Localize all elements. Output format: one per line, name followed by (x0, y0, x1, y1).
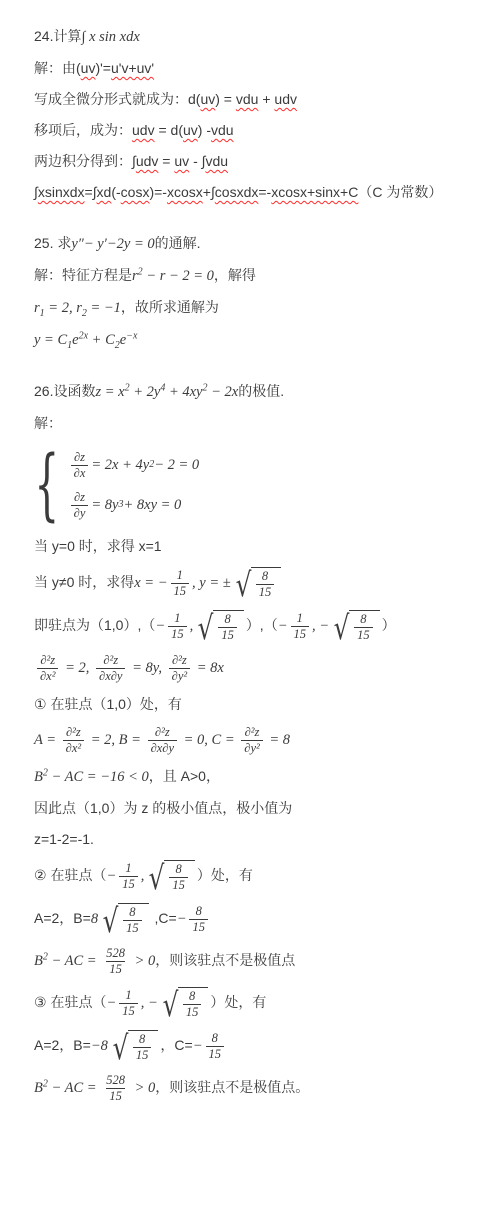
fraction-numerator: 8 (126, 905, 138, 920)
paragraph: 即驻点为（1,0）,（−115,√815）,（−115, −√815） (34, 610, 484, 643)
radicand: 815 (213, 610, 244, 643)
math-run: + 8xy = 0 (123, 495, 181, 516)
math-run: B (34, 769, 43, 785)
math-run: − AC = (48, 1080, 100, 1096)
math-superscript: 2x (79, 330, 88, 341)
radicand: 815 (118, 903, 149, 936)
math-run: B (34, 953, 43, 969)
text-run: A=2，B= (34, 1037, 91, 1053)
text-run: 的极值. (238, 383, 284, 399)
math-run: z = x (95, 384, 124, 400)
paragraph: 两边积分得到：∫udv = uv - ∫vdu (34, 151, 484, 172)
math-fraction: 52815 (103, 946, 128, 977)
misspelled-text-run: xsinxdx (38, 184, 85, 200)
text-run: + (258, 91, 274, 107)
math-run: > 0 (131, 953, 155, 969)
fraction-denominator: 15 (291, 626, 310, 642)
text-run: ，解得 (214, 267, 256, 283)
math-run: − 2x (207, 384, 238, 400)
math-run: y″− y′−2y = 0 (71, 236, 154, 252)
math-fraction: ∂²z∂x² (37, 653, 58, 684)
paragraph: B2 − AC = 52815 > 0，则该驻点不是极值点。 (34, 1073, 484, 1104)
text-run: 的通解. (155, 235, 201, 251)
math-run: + 2y (130, 384, 161, 400)
misspelled-text-run: xcosx+sinx+C (271, 184, 358, 200)
text-run: 移项后，成为： (34, 122, 132, 138)
section-problem-25: 25. 求y″− y′−2y = 0的通解.解：特征方程是r2 − r − 2 … (34, 233, 484, 351)
text-run: 当 y≠0 时，求得 (34, 574, 134, 590)
text-run: 当 y=0 时，求得 x=1 (34, 538, 162, 554)
math-radical: √815 (110, 1030, 159, 1063)
fraction-numerator: ∂z (71, 450, 88, 465)
fraction-numerator: ∂²z (100, 653, 121, 668)
math-run: A = (34, 732, 60, 748)
math-fraction: 815 (354, 612, 373, 643)
fraction-denominator: 15 (169, 877, 188, 893)
math-fraction: 815 (169, 862, 188, 893)
math-fraction: ∂²z∂y² (241, 725, 262, 756)
fraction-denominator: ∂y² (241, 740, 262, 756)
paragraph: A=2，B=8√815 ,C=−815 (34, 903, 484, 936)
fraction-denominator: 15 (171, 583, 190, 599)
radical-sign-icon: √ (113, 1031, 129, 1064)
paragraph: 因此点（1,0）为 z 的极小值点，极小值为 (34, 798, 484, 819)
text-run: 解：由( (34, 60, 81, 76)
math-radical: √815 (331, 610, 380, 643)
text-run: - ∫ (189, 153, 205, 169)
text-run: ,C= (151, 910, 177, 926)
section-problem-26: 26.设函数z = x2 + 2y4 + 4xy2 − 2x的极值.解：{∂z∂… (34, 381, 484, 1104)
text-run: ，则该驻点不是极值点。 (155, 1079, 309, 1095)
fraction-numerator: 1 (122, 988, 134, 1003)
misspelled-text-run: uv (81, 60, 96, 76)
math-run: − (278, 618, 288, 634)
paragraph: 写成全微分形式就成为：d(uv) = vdu + udv (34, 89, 484, 110)
misspelled-text-run: cosxdx (215, 184, 259, 200)
paragraph: 解：由(uv)'=u'v+uv' (34, 58, 484, 79)
math-run: = 2, (61, 660, 93, 676)
math-run: , − (312, 618, 329, 634)
text-run: +∫ (203, 184, 215, 200)
fraction-numerator: 8 (136, 1032, 148, 1047)
fraction-numerator: 8 (173, 862, 185, 877)
text-run: =∫ (85, 184, 97, 200)
paragraph: ∫xsinxdx=∫xd(-cosx)=-xcosx+∫cosxdx=-xcos… (34, 182, 484, 203)
text-run: 两边积分得到：∫ (34, 153, 136, 169)
text-run: ）处，有 (210, 994, 266, 1010)
paragraph: A = ∂²z∂x² = 2, B = ∂²z∂x∂y = 0, C = ∂²z… (34, 725, 484, 756)
math-run: = −1 (87, 300, 121, 316)
text-run: ）处，有 (197, 867, 253, 883)
misspelled-text-run: vdu (205, 153, 228, 169)
misspelled-text-run: u'v+uv' (111, 60, 154, 76)
misspelled-text-run: uv (183, 122, 198, 138)
text-run: 因此点（1,0）为 z 的极小值点，极小值为 (34, 800, 292, 816)
math-run: , (190, 618, 194, 634)
text-run: z=1-2=-1. (34, 831, 94, 847)
paragraph: B2 − AC = 52815 > 0，则该驻点不是极值点 (34, 946, 484, 977)
radicand: 815 (164, 860, 195, 893)
math-fraction: 52815 (103, 1073, 128, 1104)
math-run: > 0 (131, 1080, 155, 1096)
text-run: = (158, 153, 174, 169)
math-radical: √815 (146, 860, 195, 893)
paragraph: 移项后，成为：udv = d(uv) -vdu (34, 120, 484, 141)
math-run: − (155, 618, 165, 634)
math-fraction: 115 (291, 611, 310, 642)
fraction-denominator: 15 (168, 626, 187, 642)
text-run: ，C= (160, 1037, 192, 1053)
paragraph: 26.设函数z = x2 + 2y4 + 4xy2 − 2x的极值. (34, 381, 484, 403)
fraction-numerator: 528 (103, 1073, 128, 1088)
paragraph: ∂²z∂x² = 2, ∂²z∂x∂y = 8y, ∂²z∂y² = 8x (34, 653, 484, 684)
radical-sign-icon: √ (235, 568, 251, 601)
fraction-numerator: 8 (221, 612, 233, 627)
text-run: 即驻点为（1,0）,（ (34, 617, 155, 633)
fraction-numerator: ∂²z (37, 653, 58, 668)
fraction-denominator: 15 (133, 1047, 152, 1063)
paragraph: ② 在驻点（−115,√815）处，有 (34, 860, 484, 893)
math-superscript: −x (126, 330, 137, 341)
text-run: =- (258, 184, 271, 200)
math-run: + C (88, 332, 115, 348)
paragraph: {∂z∂x = 2x + 4y2 − 2 = 0∂z∂y = 8y3 + 8xy… (34, 444, 484, 526)
fraction-denominator: 15 (189, 919, 208, 935)
text-run: ，且 A>0， (149, 768, 220, 784)
math-fraction: 815 (123, 905, 142, 936)
fraction-denominator: ∂x² (63, 740, 84, 756)
fraction-denominator: 15 (106, 961, 125, 977)
fraction-denominator: ∂x∂y (148, 740, 177, 756)
fraction-denominator: 15 (106, 1088, 125, 1104)
paragraph: 解：特征方程是r2 − r − 2 = 0，解得 (34, 265, 484, 287)
misspelled-text-run: uv (200, 91, 215, 107)
math-run: − (106, 995, 116, 1011)
fraction-numerator: ∂²z (152, 725, 173, 740)
text-run: ) - (198, 122, 211, 138)
math-fraction: 815 (183, 989, 202, 1020)
math-run: B (34, 1080, 43, 1096)
math-fraction: 115 (119, 988, 138, 1019)
fraction-numerator: ∂z (71, 490, 88, 505)
fraction-numerator: 8 (193, 904, 205, 919)
paragraph: 25. 求y″− y′−2y = 0的通解. (34, 233, 484, 255)
fraction-numerator: 8 (186, 989, 198, 1004)
math-fraction: ∂²z∂x² (63, 725, 84, 756)
math-fraction: 115 (168, 611, 187, 642)
fraction-denominator: 15 (218, 627, 237, 643)
fraction-denominator: 15 (354, 627, 373, 643)
text-run: = d( (155, 122, 183, 138)
text-run: 写成全微分形式就成为：d( (34, 91, 200, 107)
misspelled-text-run: xcosx (167, 184, 203, 200)
text-run: ① 在驻点（1,0）处，有 (34, 696, 182, 712)
text-run: ③ 在驻点（ (34, 994, 106, 1010)
fraction-denominator: ∂y² (169, 668, 190, 684)
paragraph: 当 y=0 时，求得 x=1 (34, 536, 484, 557)
math-run: ∫ x sin xdx (81, 29, 139, 45)
fraction-numerator: 1 (294, 611, 306, 626)
text-run: )'= (95, 60, 111, 76)
text-run: （C 为常数） (358, 184, 442, 200)
math-run: −8 (91, 1038, 108, 1054)
fraction-numerator: ∂²z (242, 725, 263, 740)
fraction-denominator: 15 (206, 1046, 225, 1062)
fraction-numerator: 528 (103, 946, 128, 961)
radical-sign-icon: √ (149, 861, 165, 894)
math-run: , − (141, 995, 158, 1011)
section-problem-24: 24.计算∫ x sin xdx解：由(uv)'=u'v+uv'写成全微分形式就… (34, 26, 484, 203)
math-run: − (193, 1038, 203, 1054)
fraction-numerator: 1 (174, 568, 186, 583)
math-run: = 2x + 4y (91, 455, 149, 476)
fraction-denominator: 15 (183, 1004, 202, 1020)
fraction-numerator: 1 (122, 861, 134, 876)
equation-system: {∂z∂x = 2x + 4y2 − 2 = 0∂z∂y = 8y3 + 8xy… (34, 446, 199, 524)
misspelled-text-run: vdu (236, 91, 259, 107)
text-run: ） (382, 617, 396, 633)
math-fraction: 815 (206, 1031, 225, 1062)
math-run: − r − 2 = 0 (143, 268, 214, 284)
text-run: 24.计算 (34, 28, 81, 44)
fraction-numerator: ∂²z (169, 653, 190, 668)
math-run: , y = ± (192, 575, 231, 591)
math-run: x = − (134, 575, 167, 591)
math-run: = 2, r (45, 300, 82, 316)
math-fraction: 115 (171, 568, 190, 599)
misspelled-text-run: udv (274, 91, 297, 107)
radicand: 815 (178, 987, 209, 1020)
left-brace-icon: { (34, 446, 59, 524)
text-run: 解： (34, 415, 62, 431)
fraction-numerator: 8 (259, 569, 271, 584)
math-run: − 2 = 0 (154, 455, 199, 476)
fraction-denominator: ∂x² (37, 668, 58, 684)
math-run: − (177, 911, 187, 927)
fraction-denominator: ∂y (71, 505, 89, 521)
radical-sign-icon: √ (198, 611, 214, 644)
math-run: + 4xy (165, 384, 202, 400)
text-run: 25. 求 (34, 235, 71, 251)
math-fraction: ∂z∂y (71, 490, 89, 521)
text-run: A=2，B= (34, 910, 91, 926)
fraction-numerator: 1 (171, 611, 183, 626)
math-fraction: 815 (189, 904, 208, 935)
fraction-denominator: ∂x∂y (96, 668, 125, 684)
math-radical: √815 (195, 610, 244, 643)
math-run: 8 (91, 911, 98, 927)
fraction-numerator: ∂²z (63, 725, 84, 740)
text-run: )=- (149, 184, 167, 200)
math-radical: √815 (233, 567, 282, 600)
math-run: = 8 (266, 732, 290, 748)
math-radical: √815 (160, 987, 209, 1020)
paragraph: r1 = 2, r2 = −1，故所求通解为 (34, 297, 484, 319)
math-fraction: 115 (119, 861, 138, 892)
math-run: = 8y, (128, 660, 165, 676)
misspelled-text-run: cosx (121, 184, 150, 200)
equation-row: ∂z∂y = 8y3 + 8xy = 0 (68, 490, 200, 521)
radical-sign-icon: √ (103, 904, 119, 937)
text-run: (- (111, 184, 120, 200)
math-fraction: 815 (256, 569, 275, 600)
misspelled-text-run: udv (136, 153, 159, 169)
math-radical: √815 (100, 903, 149, 936)
misspelled-text-run: udv (132, 122, 155, 138)
text-run: 26.设函数 (34, 383, 95, 399)
math-run: − AC = (48, 953, 100, 969)
radicand: 815 (251, 567, 282, 600)
misspelled-text-run: vdu (211, 122, 234, 138)
text-run: ）,（ (246, 617, 278, 633)
math-run: = 0, C = (180, 732, 238, 748)
radical-sign-icon: √ (334, 611, 350, 644)
radicand: 815 (128, 1030, 159, 1063)
math-fraction: 815 (133, 1032, 152, 1063)
math-fraction: ∂z∂x (71, 450, 89, 481)
paragraph: 当 y≠0 时，求得x = −115, y = ±√815 (34, 567, 484, 600)
paragraph: ③ 在驻点（−115, −√815）处，有 (34, 987, 484, 1020)
radicand: 815 (349, 610, 380, 643)
text-run: ，故所求通解为 (121, 299, 219, 315)
misspelled-text-run: xd (97, 184, 112, 200)
fraction-numerator: 8 (209, 1031, 221, 1046)
math-fraction: 815 (218, 612, 237, 643)
text-run: ② 在驻点（ (34, 867, 106, 883)
fraction-denominator: 15 (256, 584, 275, 600)
math-run: = 8y (91, 495, 118, 516)
math-run: = 8x (193, 660, 224, 676)
text-run: 解：特征方程是 (34, 267, 132, 283)
equation-row: ∂z∂x = 2x + 4y2 − 2 = 0 (68, 450, 200, 481)
math-fraction: ∂²z∂x∂y (96, 653, 125, 684)
fraction-denominator: 15 (123, 920, 142, 936)
text-run: ，则该驻点不是极值点 (155, 952, 295, 968)
paragraph: A=2，B=−8√815，C=−815 (34, 1030, 484, 1063)
document-page[interactable]: 24.计算∫ x sin xdx解：由(uv)'=u'v+uv'写成全微分形式就… (0, 0, 500, 1104)
math-run: , (141, 868, 145, 884)
paragraph: 24.计算∫ x sin xdx (34, 26, 484, 48)
radical-sign-icon: √ (162, 988, 178, 1021)
equation-system-rows: ∂z∂x = 2x + 4y2 − 2 = 0∂z∂y = 8y3 + 8xy … (68, 450, 200, 521)
text-run: ) = (215, 91, 236, 107)
math-run: y = C (34, 332, 67, 348)
paragraph: B2 − AC = −16 < 0，且 A>0， (34, 766, 484, 788)
paragraph: ① 在驻点（1,0）处，有 (34, 694, 484, 715)
fraction-numerator: 8 (357, 612, 369, 627)
paragraph: y = C1e2x + C2e−x (34, 329, 484, 351)
fraction-denominator: ∂x (71, 465, 89, 481)
fraction-denominator: 15 (119, 1003, 138, 1019)
math-fraction: ∂²z∂y² (169, 653, 190, 684)
misspelled-text-run: uv (174, 153, 189, 169)
math-run: − (106, 868, 116, 884)
math-run: − AC = −16 < 0 (48, 769, 149, 785)
math-fraction: ∂²z∂x∂y (148, 725, 177, 756)
paragraph: z=1-2=-1. (34, 829, 484, 850)
fraction-denominator: 15 (119, 876, 138, 892)
math-run: = 2, B = (87, 732, 144, 748)
paragraph: 解： (34, 413, 484, 434)
